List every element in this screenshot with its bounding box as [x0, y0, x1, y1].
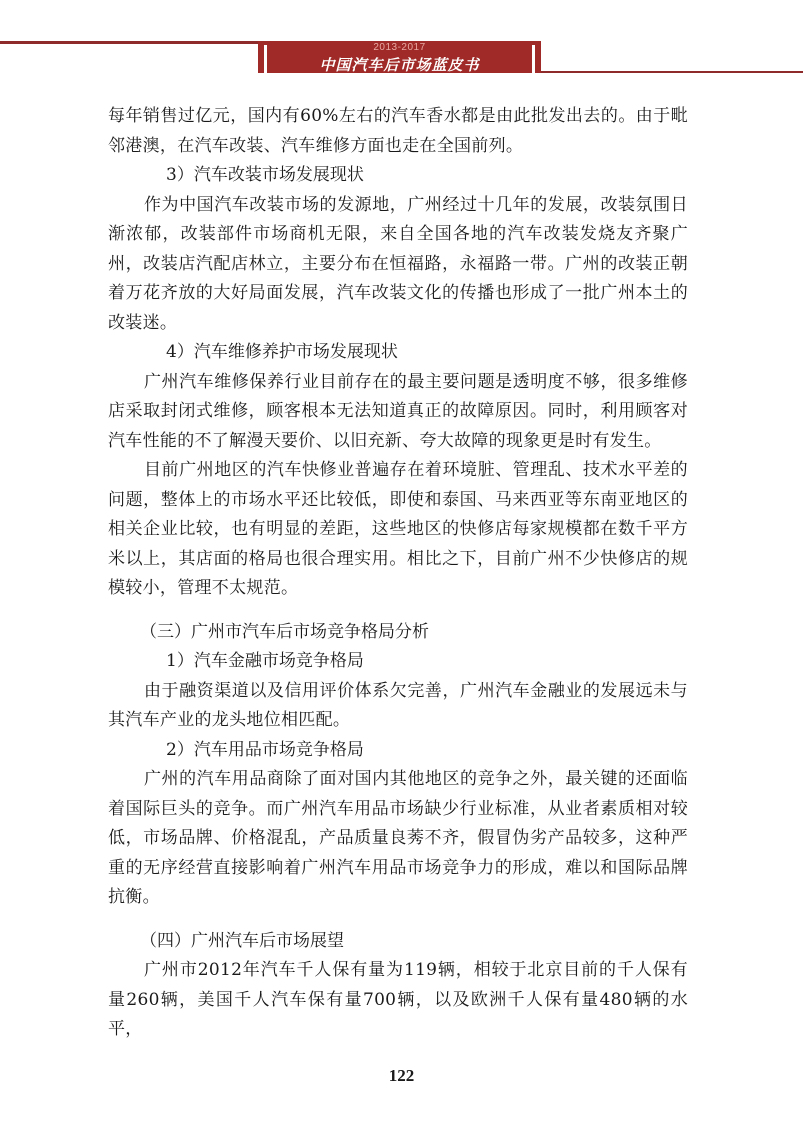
paragraph-repair-transparency: 广州汽车维修保养行业目前存在的最主要问题是透明度不够，很多维修店采取封闭式维修，… [108, 368, 688, 457]
header-rule-right [541, 71, 803, 73]
page-number: 122 [0, 1066, 803, 1086]
spacer [108, 604, 688, 618]
section-heading-competition: （三）广州市汽车后市场竞争格局分析 [108, 618, 688, 648]
book-title: 中国汽车后市场蓝皮书 [258, 54, 541, 75]
paragraph-finance: 由于融资渠道以及信用评价体系欠完善，广州汽车金融业的发展远未与其汽车产业的龙头地… [108, 677, 688, 736]
spacer [108, 913, 688, 927]
header-years: 2013-2017 [258, 42, 541, 53]
header-banner: 2013-2017 中国汽车后市场蓝皮书 [258, 41, 541, 73]
paragraph-modification: 作为中国汽车改装市场的发源地，广州经过十几年的发展，改装氛围日渐浓郁，改装部件市… [108, 191, 688, 339]
header-rule-left [0, 41, 262, 44]
subheading-repair: 4）汽车维修养护市场发展现状 [108, 338, 688, 368]
subheading-products: 2）汽车用品市场竞争格局 [108, 736, 688, 766]
page-body: 每年销售过亿元，国内有60%左右的汽车香水都是由此批发出去的。由于毗邻港澳，在汽… [108, 102, 688, 1045]
paragraph-outlook: 广州市2012年汽车千人保有量为119辆，相较于北京目前的千人保有量260辆，美… [108, 956, 688, 1045]
paragraph-perfume-wholesale: 每年销售过亿元，国内有60%左右的汽车香水都是由此批发出去的。由于毗邻港澳，在汽… [108, 102, 688, 161]
paragraph-products: 广州的汽车用品商除了面对国内其他地区的竞争之外，最关键的还面临着国际巨头的竞争。… [108, 765, 688, 913]
subheading-modification: 3）汽车改装市场发展现状 [108, 161, 688, 191]
paragraph-quick-repair: 目前广州地区的汽车快修业普遍存在着环境脏、管理乱、技术水平差的问题，整体上的市场… [108, 456, 688, 604]
subheading-finance: 1）汽车金融市场竞争格局 [108, 647, 688, 677]
section-heading-outlook: （四）广州汽车后市场展望 [108, 927, 688, 957]
